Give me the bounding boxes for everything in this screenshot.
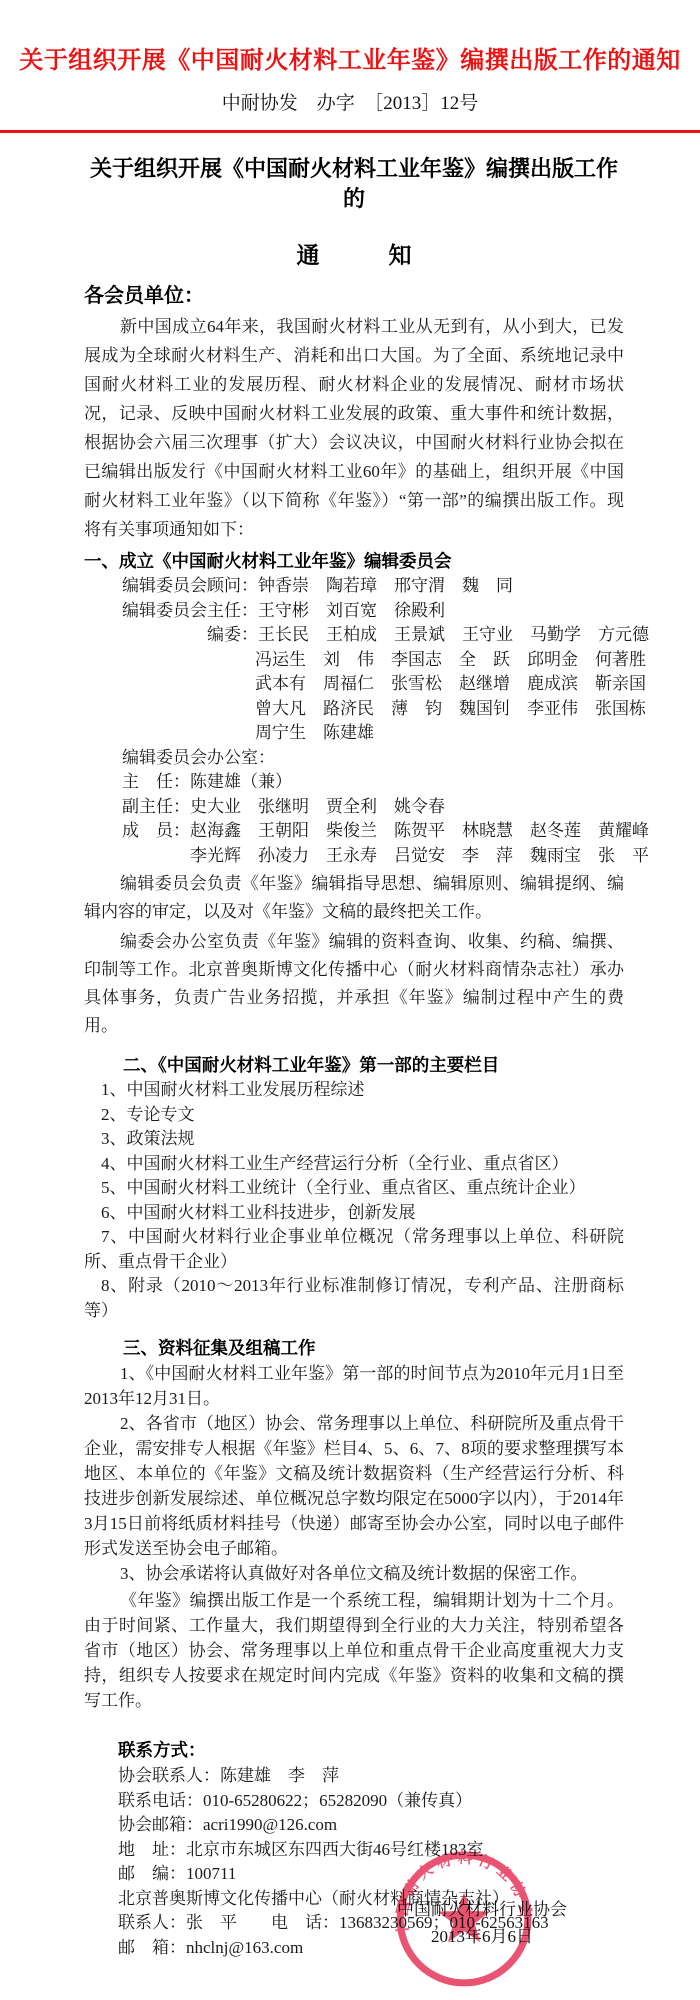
committee-list: 编辑委员会顾问：钟香崇 陶若璋 邢守渭 魏 同编辑委员会主任：王守彬 刘百宽 徐…: [84, 574, 624, 868]
yearbook-column-item: 4、中国耐火材料工业生产经营运行分析（全行业、重点省区）: [84, 1152, 624, 1177]
committee-row: 曾大凡 路济民 薄 钧 魏国钊 李亚伟 张国栋: [84, 697, 624, 722]
collection-task-list: 1、《中国耐火材料工业年鉴》第一部的时间节点为2010年元月1日至2013年12…: [84, 1361, 624, 1586]
committee-row: 编辑委员会顾问：钟香崇 陶若璋 邢守渭 魏 同: [84, 574, 624, 599]
committee-row: 成 员：赵海鑫 王朝阳 柴俊兰 陈贺平 林晓慧 赵冬莲 黄耀峰: [84, 819, 624, 844]
official-seal-stamp: 中国耐火材料行业协会: [391, 1846, 537, 1992]
section1-heading: 一、成立《中国耐火材料工业年鉴》编辑委员会: [84, 548, 624, 574]
committee-row: 冯运生 刘 伟 李国志 全 跃 邱明金 何著胜: [84, 648, 624, 673]
committee-row: 编辑委员会主任：王守彬 刘百宽 徐殿利: [84, 599, 624, 624]
collection-task-item: 3、协会承诺将认真做好对各单位文稿及统计数据的保密工作。: [84, 1561, 624, 1586]
contact-line: 地 址：北京市东城区东四西大街46号红楼183室: [118, 1838, 624, 1863]
committee-row: 副主任：史大业 张继明 贾全利 姚令春: [84, 795, 624, 820]
committee-row: 周宁生 陈建雄: [84, 721, 624, 746]
committee-row: 编委：王长民 王柏成 王景斌 王守业 马勤学 方元德: [84, 623, 624, 648]
document-subtitle: 通 知: [84, 240, 624, 270]
committee-row: 编辑委员会办公室：: [84, 746, 624, 771]
document-body: 关于组织开展《中国耐火材料工业年鉴》编撰出版工作的 通 知 各会员单位： 新中国…: [0, 154, 700, 1960]
document-number: 中耐协发 办字 ［2013］12号: [0, 91, 700, 117]
contact-line: 联系电话：010-65280622；65282090（兼传真）: [118, 1789, 624, 1814]
yearbook-column-item: 3、政策法规: [84, 1127, 624, 1152]
committee-row: 武本有 周福仁 张雪松 赵继增 鹿成滨 靳亲国: [84, 672, 624, 697]
yearbook-column-item: 2、专论专文: [84, 1103, 624, 1128]
contact-title: 联系方式：: [118, 1737, 624, 1764]
yearbook-column-item: 5、中国耐火材料工业统计（全行业、重点省区、重点统计企业）: [84, 1176, 624, 1201]
section2-heading: 二、《中国耐火材料工业年鉴》第一部的主要栏目: [84, 1052, 624, 1078]
closing-paragraph: 《年鉴》编撰出版工作是一个系统工程，编辑期计划为十二个月。由于时间紧、工作量大，…: [84, 1588, 624, 1713]
yearbook-column-item: 7、中国耐火材料行业企事业单位概况（常务理事以上单位、科研院所、重点骨干企业）: [84, 1225, 624, 1274]
contact-line: 协会联系人：陈建雄 李 萍: [118, 1764, 624, 1789]
committee-row: 主 任：陈建雄（兼）: [84, 770, 624, 795]
collection-task-item: 2、各省市（地区）协会、常务理事以上单位、科研院所及重点骨干企业，需安排专人根据…: [84, 1411, 624, 1561]
stamp-star-icon: [438, 1893, 490, 1942]
collection-task-item: 1、《中国耐火材料工业年鉴》第一部的时间节点为2010年元月1日至2013年12…: [84, 1361, 624, 1411]
intro-paragraph: 新中国成立64年来，我国耐火材料工业从无到有，从小到大，已发展成为全球耐火材料生…: [84, 312, 624, 544]
committee-row: 李光辉 孙凌力 王永寿 吕觉安 李 萍 魏雨宝 张 平: [84, 844, 624, 869]
section3-heading: 三、资料征集及组稿工作: [84, 1335, 624, 1361]
banner-title: 关于组织开展《中国耐火材料工业年鉴》编撰出版工作的通知: [0, 0, 700, 78]
red-divider-line: [0, 130, 700, 133]
contact-line: 协会邮箱：acri1990@126.com: [118, 1813, 624, 1838]
contact-line: 邮 编：100711: [118, 1862, 624, 1887]
notice-document-page: 关于组织开展《中国耐火材料工业年鉴》编撰出版工作的通知 中耐协发 办字 ［201…: [0, 0, 700, 2000]
committee-duty-paragraph: 编辑委员会负责《年鉴》编辑指导思想、编辑原则、编辑提纲、编辑内容的审定，以及对《…: [84, 870, 624, 926]
yearbook-column-item: 8、附录（2010～2013年行业标准制修订情况，专利产品、注册商标等）: [84, 1274, 624, 1323]
office-duty-paragraph: 编委会办公室负责《年鉴》编辑的资料查询、收集、约稿、编撰、印制等工作。北京普奥斯…: [84, 928, 624, 1040]
yearbook-column-item: 1、中国耐火材料工业发展历程综述: [84, 1078, 624, 1103]
salutation: 各会员单位：: [84, 282, 624, 310]
document-title: 关于组织开展《中国耐火材料工业年鉴》编撰出版工作的: [84, 154, 624, 214]
yearbook-column-item: 6、中国耐火材料工业科技进步，创新发展: [84, 1201, 624, 1226]
yearbook-column-list: 1、中国耐火材料工业发展历程综述2、专论专文3、政策法规4、中国耐火材料工业生产…: [84, 1078, 624, 1323]
